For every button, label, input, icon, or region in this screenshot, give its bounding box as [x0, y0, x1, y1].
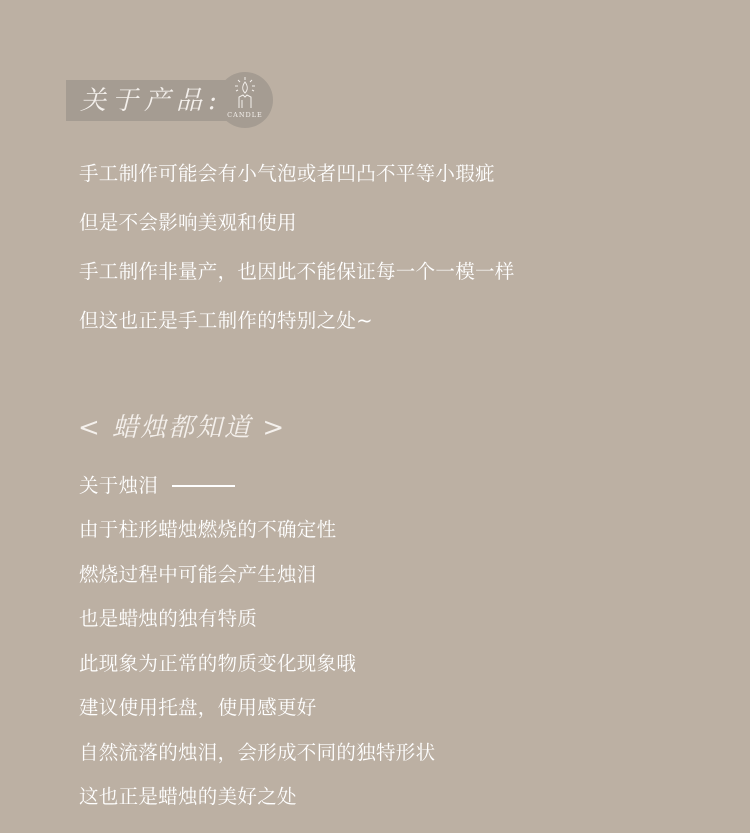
about-line-2: 但是不会影响美观和使用 [79, 211, 297, 235]
knowledge-title: < 蜡烛都知道 > [78, 410, 286, 446]
about-title: 关于产品: [80, 83, 223, 119]
knowledge-line-2: 燃烧过程中可能会产生烛泪 [79, 563, 317, 587]
candle-icon [233, 76, 257, 112]
candle-logo: CANDLE [217, 72, 273, 128]
about-line-1: 手工制作可能会有小气泡或者凹凸不平等小瑕疵 [79, 162, 495, 186]
about-line-3: 手工制作非量产，也因此不能保证每一个一模一样 [79, 260, 515, 284]
knowledge-subheading: 关于烛泪 [79, 474, 158, 498]
knowledge-line-4: 此现象为正常的物质变化现象哦 [79, 652, 356, 676]
subheading-divider [172, 485, 235, 487]
about-line-4: 但这也正是手工制作的特别之处~ [79, 309, 373, 333]
knowledge-line-6: 自然流落的烛泪，会形成不同的独特形状 [79, 741, 435, 765]
knowledge-line-1: 由于柱形蜡烛燃烧的不确定性 [79, 518, 336, 542]
knowledge-line-3: 也是蜡烛的独有特质 [79, 607, 257, 631]
candle-logo-text: CANDLE [217, 111, 273, 119]
knowledge-line-5: 建议使用托盘，使用感更好 [79, 696, 317, 720]
knowledge-line-7: 这也正是蜡烛的美好之处 [79, 785, 297, 809]
